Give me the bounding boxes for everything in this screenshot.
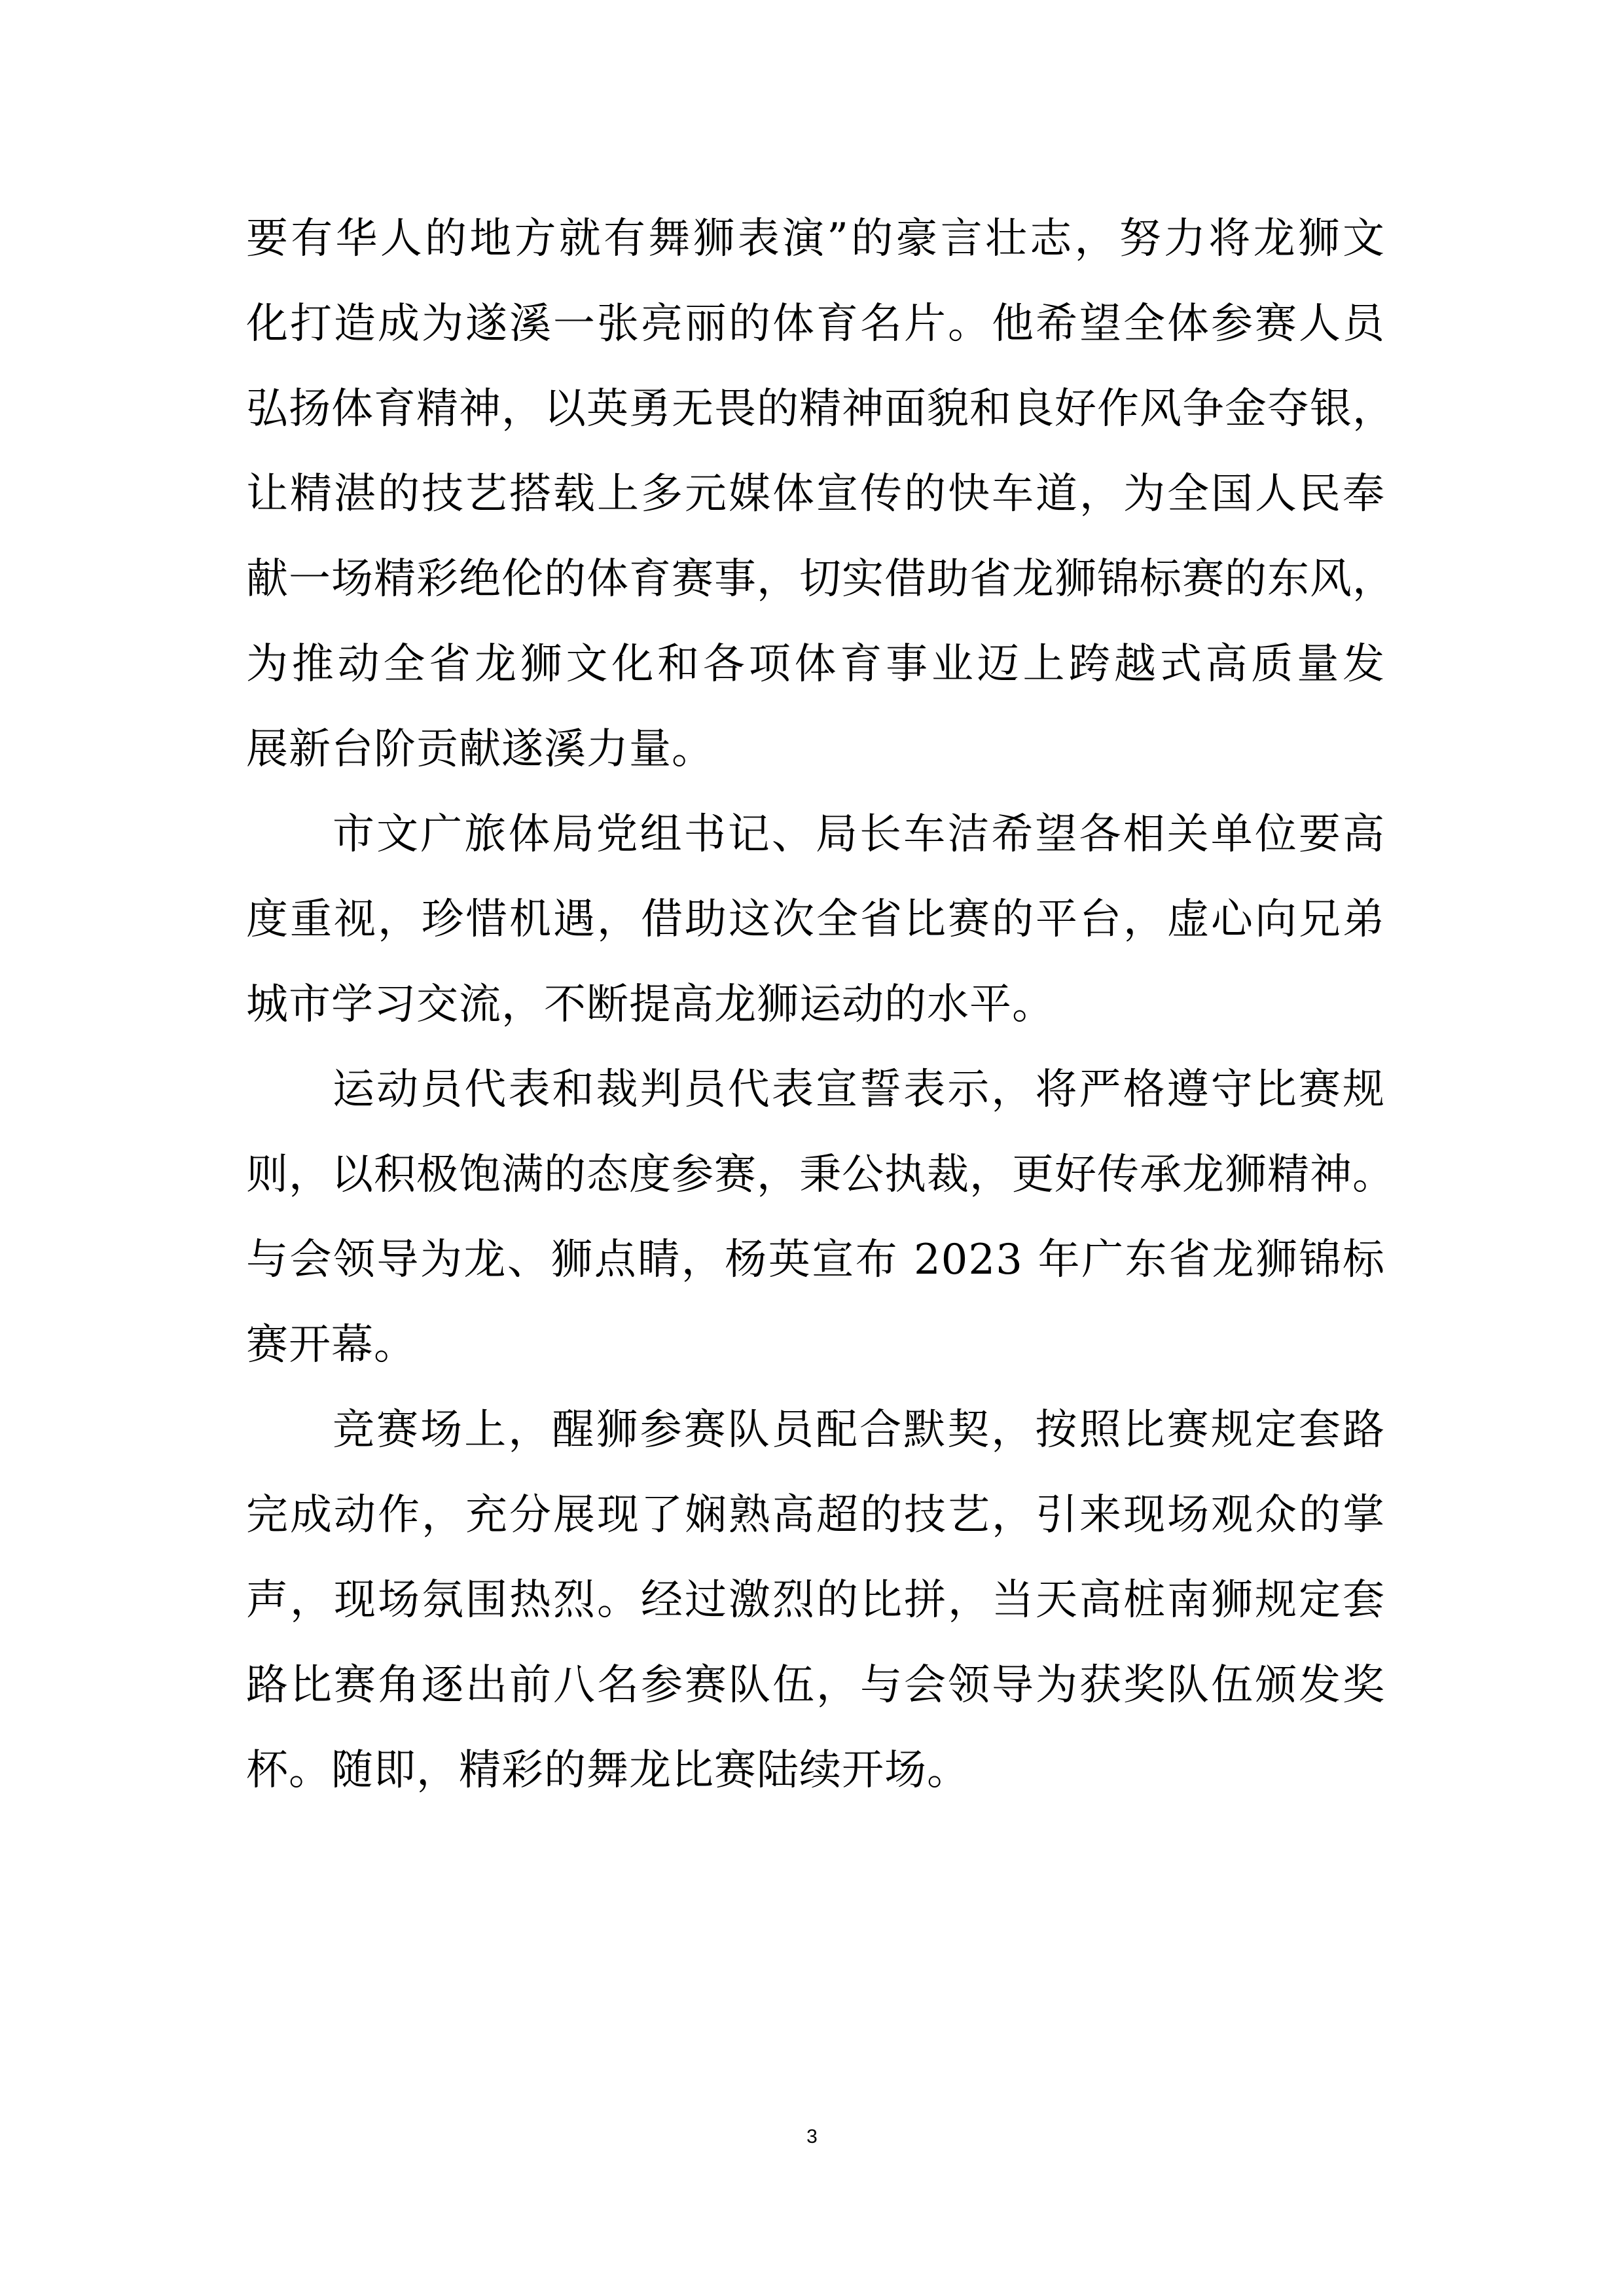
text-line: 为推动全省龙狮文化和各项体育事业迈上跨越式高质量发: [246, 622, 1385, 707]
text-line: 赛开幕。: [246, 1302, 1385, 1388]
text-line: 运动员代表和裁判员代表宣誓表示，将严格遵守比赛规: [246, 1047, 1385, 1132]
text-line: 杯。随即，精彩的舞龙比赛陆续开场。: [246, 1728, 1385, 1813]
text-line: 弘扬体育精神，以英勇无畏的精神面貌和良好作风争金夺银，: [246, 367, 1385, 452]
text-line: 路比赛角逐出前八名参赛队伍，与会领导为获奖队伍颁发奖: [246, 1643, 1385, 1728]
text-line: 化打造成为遂溪一张亮丽的体育名片。他希望全体参赛人员: [246, 281, 1385, 367]
text-line: 城市学习交流，不断提高龙狮运动的水平。: [246, 962, 1385, 1047]
paragraph-3: 运动员代表和裁判员代表宣誓表示，将严格遵守比赛规 则，以积极饱满的态度参赛，秉公…: [246, 1047, 1385, 1388]
text-line: 则，以积极饱满的态度参赛，秉公执裁，更好传承龙狮精神。: [246, 1132, 1385, 1217]
text-line: 让精湛的技艺搭载上多元媒体宣传的快车道，为全国人民奉: [246, 452, 1385, 537]
paragraph-4: 竞赛场上，醒狮参赛队员配合默契，按照比赛规定套路 完成动作，充分展现了娴熟高超的…: [246, 1388, 1385, 1813]
text-line: 要有华人的地方就有舞狮表演”的豪言壮志，努力将龙狮文: [246, 196, 1385, 281]
document-page: 要有华人的地方就有舞狮表演”的豪言壮志，努力将龙狮文 化打造成为遂溪一张亮丽的体…: [0, 0, 1624, 2296]
text-line: 与会领导为龙、狮点睛，杨英宣布 2023 年广东省龙狮锦标: [246, 1217, 1385, 1302]
paragraph-1: 要有华人的地方就有舞狮表演”的豪言壮志，努力将龙狮文 化打造成为遂溪一张亮丽的体…: [246, 196, 1385, 792]
text-line: 声，现场氛围热烈。经过激烈的比拼，当天高桩南狮规定套: [246, 1558, 1385, 1643]
paragraph-2: 市文广旅体局党组书记、局长车洁希望各相关单位要高 度重视，珍惜机遇，借助这次全省…: [246, 792, 1385, 1047]
text-line: 度重视，珍惜机遇，借助这次全省比赛的平台，虚心向兄弟: [246, 877, 1385, 962]
page-number: 3: [0, 2126, 1624, 2148]
text-line: 展新台阶贡献遂溪力量。: [246, 707, 1385, 792]
text-line: 完成动作，充分展现了娴熟高超的技艺，引来现场观众的掌: [246, 1473, 1385, 1558]
text-line: 献一场精彩绝伦的体育赛事，切实借助省龙狮锦标赛的东风，: [246, 537, 1385, 622]
text-line: 竞赛场上，醒狮参赛队员配合默契，按照比赛规定套路: [246, 1388, 1385, 1473]
body-text: 要有华人的地方就有舞狮表演”的豪言壮志，努力将龙狮文 化打造成为遂溪一张亮丽的体…: [246, 196, 1385, 1813]
text-line: 市文广旅体局党组书记、局长车洁希望各相关单位要高: [246, 792, 1385, 877]
